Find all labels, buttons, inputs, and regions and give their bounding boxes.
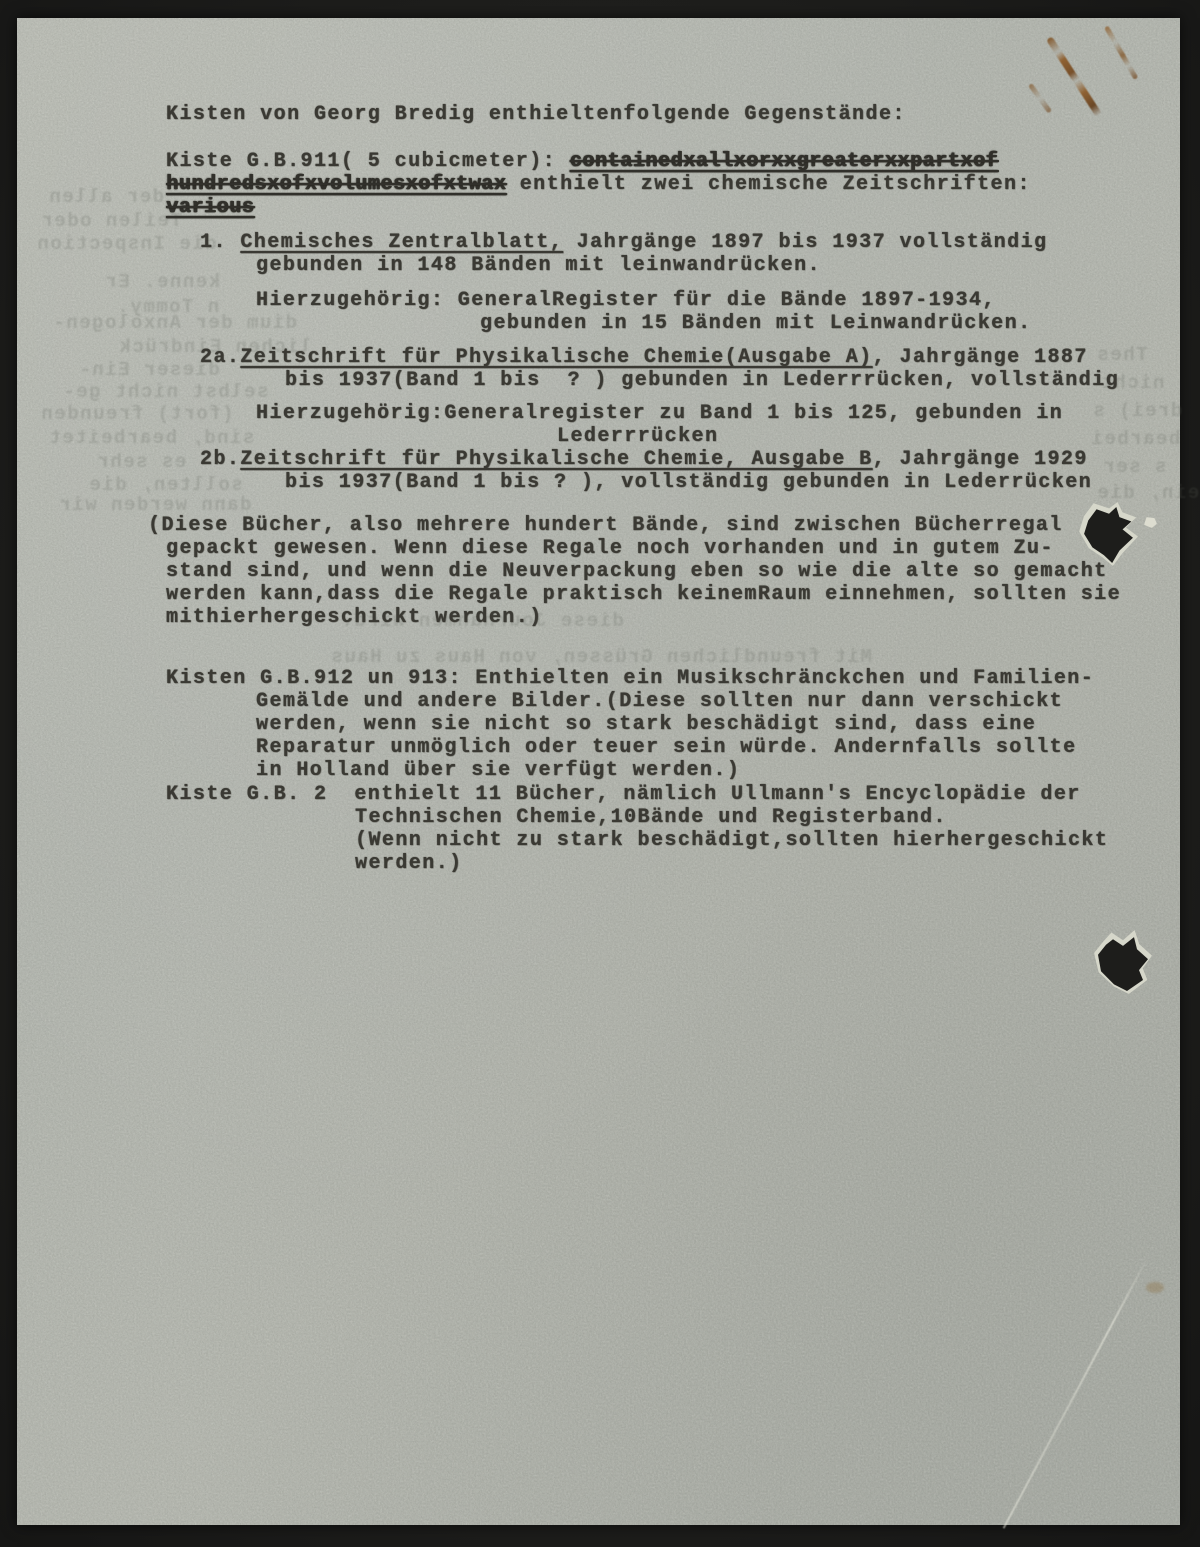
ghost-bleedthrough-text: sind, bearbeitet <box>48 427 254 449</box>
typed-text: Kisten von Georg Bredig enthieltenfolgen… <box>166 103 906 126</box>
typed-line: 2a.Zeitschrift für Physikalische Chemie(… <box>200 346 1088 369</box>
crossed-out-text: containedxallxorxxgreaterxxpartxof <box>570 150 998 173</box>
stain-spot <box>1146 1282 1164 1293</box>
ghost-bleedthrough-text: s ser <box>1102 456 1167 478</box>
typed-text: gebunden in 15 Bänden mit Leinwandrücken… <box>480 312 1032 335</box>
typed-text: enthielt zwei chemische Zeitschriften: <box>506 173 1031 196</box>
typed-text: 2a. <box>200 346 240 369</box>
typed-line: Technischen Chemie,10Bände und Registerb… <box>355 806 947 829</box>
typed-line: hundredsxofxvolumesxofxtwax enthielt zwe… <box>166 173 1031 196</box>
typed-line: gebunden in 148 Bänden mit leinwandrücke… <box>256 254 821 277</box>
typed-line: Hierzugehörig: GeneralRegister für die B… <box>256 289 996 312</box>
typed-text: (Wenn nicht zu stark beschädigt,sollten … <box>355 829 1108 852</box>
underlined-text: Zeitschrift für Physikalische Chemie(Aus… <box>240 346 872 369</box>
typed-text: in Holland über sie verfügt werden.) <box>256 759 740 782</box>
ghost-bleedthrough-text: der allen <box>48 186 164 208</box>
ghost-bleedthrough-text: selbst nicht ge- <box>62 381 268 403</box>
ghost-bleedthrough-text: Teilen oder <box>40 210 182 232</box>
typed-line: 1. Chemisches Zentralblatt, Jahrgänge 18… <box>200 231 1048 254</box>
paper-sheet: der allenTeilen oderdie Inspectionkenne.… <box>17 18 1180 1525</box>
typed-text: werden, wenn sie nicht so stark beschädi… <box>256 713 1036 736</box>
typed-text: , Jahrgänge 1929 <box>873 448 1088 471</box>
typed-text: Lederrrücken <box>557 425 718 448</box>
typed-line: gepackt gewesen. Wenn diese Regale noch … <box>166 537 1054 560</box>
typed-line: Kisten von Georg Bredig enthieltenfolgen… <box>166 103 906 126</box>
ghost-bleedthrough-text: die Inspection <box>36 233 217 255</box>
typed-line: (Diese Bücher, also mehrere hundert Bänd… <box>148 514 1063 537</box>
typed-line: stand sind, und wenn die Neuverpackung e… <box>166 560 1108 583</box>
typed-text: Technischen Chemie,10Bände und Registerb… <box>355 806 947 829</box>
typed-line: various <box>166 196 254 219</box>
crossed-out-text: hundredsxofxvolumesxofxtwax <box>166 173 506 196</box>
typed-text: mithierhergeschickt werden.) <box>166 606 543 629</box>
typed-text: 2b. <box>200 448 240 471</box>
ghost-bleedthrough-text: bearbei <box>1090 428 1180 450</box>
typed-line: Kiste G.B.911( 5 cubicmeter): containedx… <box>166 150 998 173</box>
ghost-bleedthrough-text: drei) s <box>1092 400 1182 422</box>
typed-text: Jahrgänge 1897 bis 1937 vollständig <box>563 231 1047 254</box>
ghost-bleedthrough-text: sollten, die <box>88 474 243 496</box>
typed-text: bis 1937(Band 1 bis ? ), vollständig geb… <box>285 471 1092 494</box>
typed-text: stand sind, und wenn die Neuverpackung e… <box>166 560 1108 583</box>
typed-text: Kiste G.B. 2 enthielt 11 Bücher, nämlich… <box>166 783 1081 806</box>
typed-line: Gemälde und andere Bilder.(Diese sollten… <box>256 690 1063 713</box>
typed-line: (Wenn nicht zu stark beschädigt,sollten … <box>355 829 1108 852</box>
typed-text: , Jahrgänge 1887 <box>873 346 1088 369</box>
typed-text: werden kann,dass die Regale praktisch ke… <box>166 583 1121 606</box>
typed-line: werden.) <box>355 852 463 875</box>
underlined-text: Chemisches Zentralblatt, <box>240 231 563 254</box>
typed-text: Hierzugehörig: GeneralRegister für die B… <box>256 289 996 312</box>
ghost-bleedthrough-text: es sehr <box>96 451 186 473</box>
crossed-out-text: various <box>166 196 254 219</box>
typed-text: werden.) <box>355 852 463 875</box>
typed-text: 1. <box>200 231 240 254</box>
ghost-bleedthrough-text: dieser Ein- <box>78 359 220 381</box>
ghost-bleedthrough-text: kenne. Er <box>104 271 220 293</box>
ghost-bleedthrough-text: Thes <box>1096 344 1148 366</box>
ghost-bleedthrough-text: Mit freundlichen Grüssen, von Haus zu Ha… <box>330 646 872 668</box>
typed-line: Kisten G.B.912 un 913: Enthielten ein Mu… <box>166 667 1094 690</box>
typed-text: gepackt gewesen. Wenn diese Regale noch … <box>166 537 1054 560</box>
typed-line: bis 1937(Band 1 bis ? ), vollständig geb… <box>285 471 1092 494</box>
typed-line: in Holland über sie verfügt werden.) <box>256 759 740 782</box>
typed-line: Reparatur unmöglich oder teuer sein würd… <box>256 736 1077 759</box>
scan-background: { "page": { "background_color": "#1e1e1c… <box>0 0 1200 1547</box>
typed-line: mithierhergeschickt werden.) <box>166 606 543 629</box>
ghost-bleedthrough-text: dium der Anxologen- <box>52 312 297 334</box>
typed-text: Reparatur unmöglich oder teuer sein würd… <box>256 736 1077 759</box>
typed-line: 2b.Zeitschrift für Physikalische Chemie,… <box>200 448 1088 471</box>
ghost-bleedthrough-text: ein, die <box>1096 482 1199 504</box>
typed-line: Hierzugehörig:Generalregister zu Band 1 … <box>256 402 1063 425</box>
typed-text: gebunden in 148 Bänden mit leinwandrücke… <box>256 254 821 277</box>
typed-line: Kiste G.B. 2 enthielt 11 Bücher, nämlich… <box>166 783 1081 806</box>
typed-line: bis 1937(Band 1 bis ? ) gebunden in Lede… <box>285 369 1119 392</box>
typed-text: Hierzugehörig:Generalregister zu Band 1 … <box>256 402 1063 425</box>
typed-text: (Diese Bücher, also mehrere hundert Bänd… <box>148 514 1063 537</box>
ghost-bleedthrough-text: (fort) freunden <box>40 403 234 425</box>
typed-text: Kiste G.B.911( 5 cubicmeter): <box>166 150 570 173</box>
typed-line: gebunden in 15 Bänden mit Leinwandrücken… <box>480 312 1032 335</box>
typed-text: Gemälde und andere Bilder.(Diese sollten… <box>256 690 1063 713</box>
typed-line: Lederrrücken <box>557 425 718 448</box>
typed-line: werden, wenn sie nicht so stark beschädi… <box>256 713 1036 736</box>
typed-line: werden kann,dass die Regale praktisch ke… <box>166 583 1121 606</box>
underlined-text: Zeitschrift für Physikalische Chemie, Au… <box>240 448 872 471</box>
typed-text: bis 1937(Band 1 bis ? ) gebunden in Lede… <box>285 369 1119 392</box>
typed-text: Kisten G.B.912 un 913: Enthielten ein Mu… <box>166 667 1094 690</box>
ghost-bleedthrough-text: dann werden wir <box>58 494 252 516</box>
